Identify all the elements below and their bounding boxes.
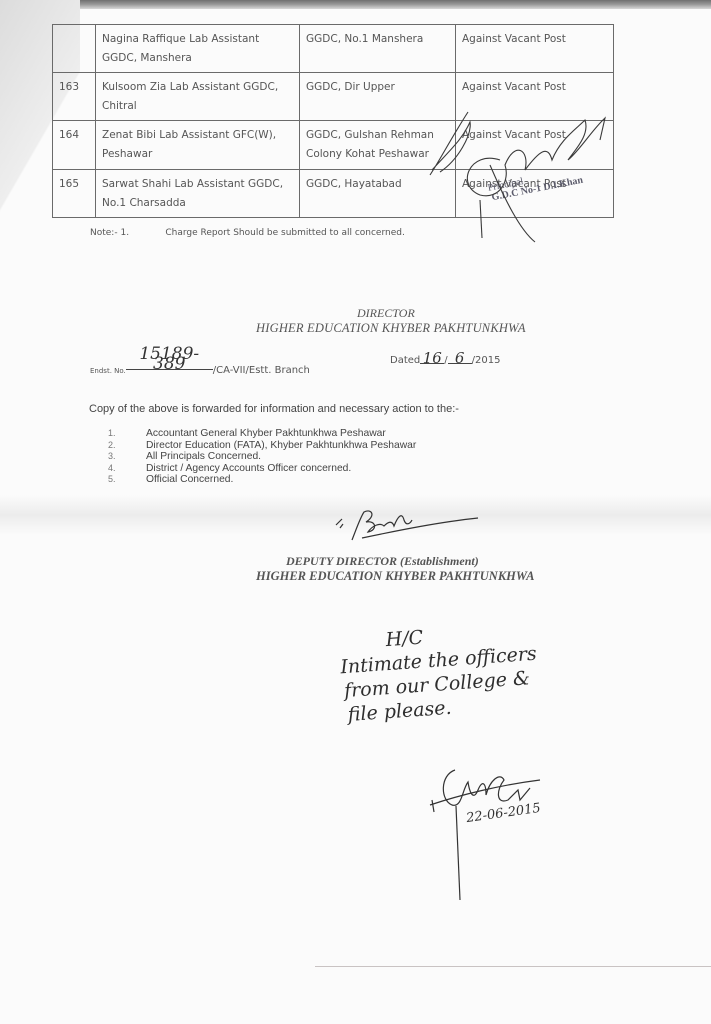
scan-top-edge — [0, 0, 711, 9]
list-item: 1.Accountant General Khyber Pakhtunkhwa … — [108, 428, 416, 440]
table-row: Nagina Raffique Lab Assistant GGDC, Mans… — [53, 25, 614, 73]
note-text: Charge Report Should be submitted to all… — [165, 228, 404, 238]
director-title: DIRECTOR — [357, 306, 415, 321]
date-day: 16 — [420, 353, 444, 364]
cell-posted-to: GGDC, Dir Upper — [300, 73, 456, 121]
dated-label: Dated — [390, 355, 420, 366]
cell-sno: 163 — [53, 73, 96, 121]
scan-artifact-line — [315, 966, 711, 967]
scan-band — [0, 495, 711, 535]
copy-to-list: 1.Accountant General Khyber Pakhtunkhwa … — [108, 428, 416, 486]
list-item: 4.District / Agency Accounts Officer con… — [108, 463, 416, 475]
officer-signature-icon — [430, 770, 540, 900]
endorsement-number: Endst. No.15189-389/CA-VII/Estt. Branch — [90, 353, 310, 376]
cell-posted-to: GGDC, Hayatabad — [300, 170, 456, 218]
cell-sno: 164 — [53, 121, 96, 170]
cell-posted-to: GGDC, Gulshan Rehman Colony Kohat Peshaw… — [300, 121, 456, 170]
copy-forward-intro: Copy of the above is forwarded for infor… — [89, 403, 459, 415]
cell-remarks: Against Vacant Post — [456, 25, 614, 73]
note-label: Note:- — [90, 228, 118, 238]
table-row: 163 Kulsoom Zia Lab Assistant GGDC, Chit… — [53, 73, 614, 121]
cell-name-designation: Nagina Raffique Lab Assistant GGDC, Mans… — [96, 25, 300, 73]
endorsement-suffix: /CA-VII/Estt. Branch — [213, 365, 310, 376]
deputy-director-title: DEPUTY DIRECTOR (Establishment) — [286, 554, 479, 569]
cell-name-designation: Zenat Bibi Lab Assistant GFC(W), Peshawa… — [96, 121, 300, 170]
cell-sno — [53, 25, 96, 73]
endorsement-date: Dated16/6/2015 — [390, 353, 500, 366]
note: Note:- 1. Charge Report Should be submit… — [90, 228, 405, 238]
cell-name-designation: Sarwat Shahi Lab Assistant GGDC, No.1 Ch… — [96, 170, 300, 218]
date-month: 6 — [448, 353, 472, 364]
list-item: 2.Director Education (FATA), Khyber Pakh… — [108, 440, 416, 452]
cell-sno: 165 — [53, 170, 96, 218]
list-item: 5.Official Concerned. — [108, 474, 416, 486]
handwritten-date: 22-06-2015 — [465, 801, 541, 826]
cell-remarks: Against Vacant Post — [456, 121, 614, 170]
handwritten-note: H/C Intimate the officers from our Colle… — [330, 618, 541, 728]
cell-remarks: Against Vacant Post — [456, 73, 614, 121]
endorsement-label: Endst. No. — [90, 367, 126, 375]
endorsement-handwritten-number: 15189-389 — [126, 349, 213, 370]
date-year: /2015 — [472, 355, 501, 366]
list-item: 3.All Principals Concerned. — [108, 451, 416, 463]
deputy-director-office: HIGHER EDUCATION KHYBER PAKHTUNKHWA — [256, 569, 534, 584]
table-row: 164 Zenat Bibi Lab Assistant GFC(W), Pes… — [53, 121, 614, 170]
note-number: 1. — [120, 228, 162, 238]
cell-name-designation: Kulsoom Zia Lab Assistant GGDC, Chitral — [96, 73, 300, 121]
director-office: HIGHER EDUCATION KHYBER PAKHTUNKHWA — [256, 321, 526, 336]
cell-posted-to: GGDC, No.1 Manshera — [300, 25, 456, 73]
